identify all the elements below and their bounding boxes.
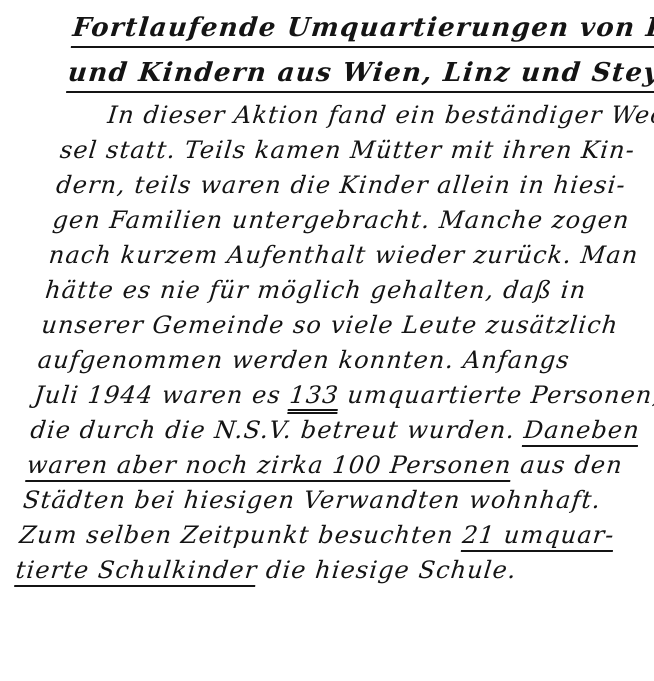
body-line: sel statt. Teils kamen Mütter mit ihren … [58,133,654,168]
underlined-text-segment: 21 umquar- [461,521,616,552]
text-segment: Juli 1944 waren es [33,381,291,409]
body-line: tierte Schulkinder die hiesige Schule. [14,553,652,588]
text-segment: die hiesige Schule. [256,556,518,584]
body-line: aufgenommen werden konnten. Anfangs [36,343,654,378]
text-segment: unserer Gemeinde so viele Leute zusätzli… [40,311,620,339]
text-segment: sel statt. Teils kamen Mütter mit ihren … [59,136,637,164]
manuscript: Fortlaufende Umquartierungen von Frauenu… [14,8,654,588]
text-segment: gen Familien untergebracht. Manche zogen [51,206,631,234]
text-segment: Zum selben Zeitpunkt besuchten [18,521,464,549]
text-segment: aus den [510,451,624,479]
body-line: die durch die N.S.V. betreut wurden. Dan… [29,413,654,448]
manuscript-page: Fortlaufende Umquartierungen von Frauenu… [0,0,654,681]
underlined-text-segment: 133 [288,381,341,414]
body-line: Zum selben Zeitpunkt besuchten 21 umquar… [18,518,654,553]
underlined-text-segment: tierte Schulkinder [14,556,259,587]
text-segment: dern, teils waren die Kinder allein in h… [55,171,627,199]
text-segment: nach kurzem Aufenthalt wieder zurück. Ma… [48,241,640,269]
text-segment: die durch die N.S.V. betreut wurden. [29,416,525,444]
title-line: Fortlaufende Umquartierungen von Frauen [70,8,654,53]
body-line: Städten bei hiesigen Verwandten wohnhaft… [21,483,654,518]
underlined-text-segment: Fortlaufende Umquartierungen von Frauen [71,13,654,48]
body-line: hätte es nie für möglich gehalten, daß i… [43,273,654,308]
body-line: unserer Gemeinde so viele Leute zusätzli… [40,308,654,343]
underlined-text-segment: waren aber noch zirka 100 Personen [25,451,513,482]
text-segment: Städten bei hiesigen Verwandten wohnhaft… [22,486,603,514]
body-line: nach kurzem Aufenthalt wieder zurück. Ma… [47,238,654,273]
title-line: und Kindern aus Wien, Linz und Steyr. [66,53,654,98]
body-line: In dieser Aktion fand ein beständiger We… [62,98,654,133]
body-line: gen Familien untergebracht. Manche zogen [51,203,654,238]
underlined-text-segment: Daneben [522,416,641,447]
text-segment: umquartierte Personen, [337,381,654,409]
text-segment: In dieser Aktion fand ein beständiger We… [106,101,654,129]
body-line: waren aber noch zirka 100 Personen aus d… [25,448,654,483]
text-segment: aufgenommen werden konnten. Anfangs [36,346,571,374]
body-line: dern, teils waren die Kinder allein in h… [54,168,654,203]
underlined-text-segment: und Kindern aus Wien, Linz und Steyr. [66,58,654,93]
text-segment: hätte es nie für möglich gehalten, daß i… [44,276,588,304]
body-line: Juli 1944 waren es 133 umquartierte Pers… [32,378,654,413]
